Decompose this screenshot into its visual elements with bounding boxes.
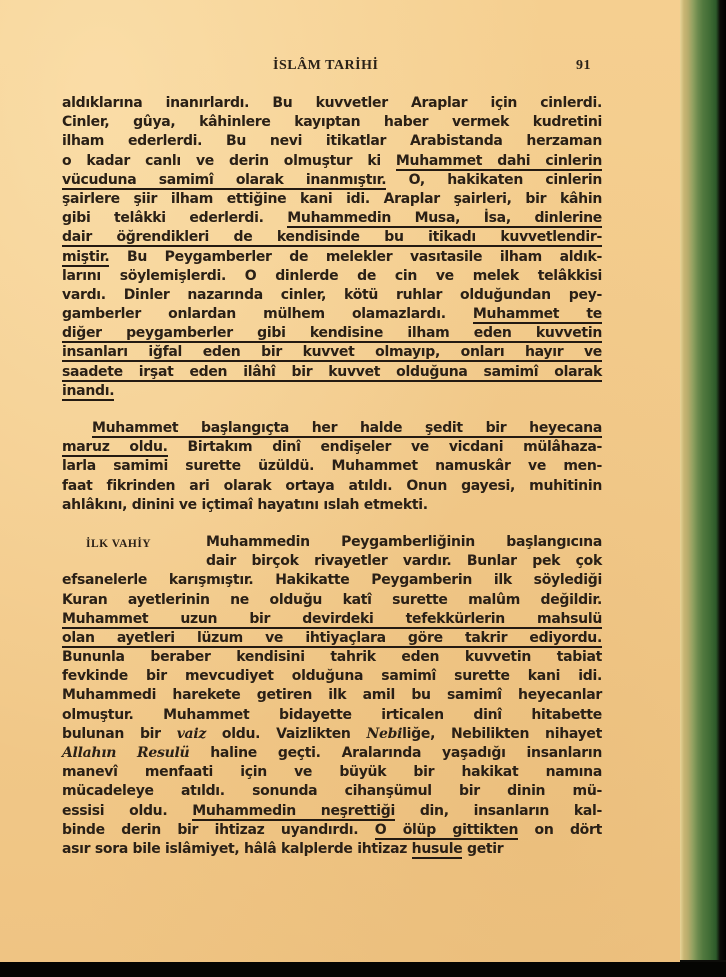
- section-ilk-vahiy: İLK VAHİY Muhammedin Peygamberliğinin ba…: [62, 533, 602, 859]
- text-line: insanları iğfal eden bir kuvvet olmayıp,…: [62, 343, 602, 362]
- text-line: maruz oldu. Birtakım dinî endişeler ve v…: [62, 438, 602, 457]
- page-header: İSLÂM TARİHİ 91: [0, 58, 680, 78]
- text-segment: ilham ederlerdi. Bu nevi itikatlar Arabi…: [62, 133, 602, 149]
- text-segment: liğe, Nebilikten nihayet: [402, 726, 602, 742]
- text-line: manevî menfaati için ve büyük bir hakika…: [62, 763, 602, 782]
- text-segment: oldu. Vaizlikten: [206, 726, 367, 742]
- text-line: aldıklarına inanırlardı. Bu kuvvetler Ar…: [62, 94, 602, 113]
- text-segment: şairlere şiir ilham ettiğine kani idi. A…: [62, 191, 602, 207]
- text-line: binde derin bir ihtizaz uyandırdı. O ölü…: [62, 821, 602, 840]
- underlined-text: insanları iğfal eden bir kuvvet olmayıp,…: [62, 344, 602, 362]
- text-line: gibi telâkki ederlerdi. Muhammedin Musa,…: [62, 209, 602, 228]
- underlined-text: Muhammet te: [473, 306, 602, 324]
- text-segment: ahlâkını, dinini ve içtimaî hayatını ısl…: [62, 497, 428, 513]
- text-segment: manevî menfaati için ve büyük bir hakika…: [62, 764, 602, 780]
- text-segment: din, insanların kal-: [395, 803, 602, 819]
- text-line: Bununla beraber kendisini tahrik eden ku…: [62, 648, 602, 667]
- text-segment: on dört: [518, 822, 602, 838]
- section-heading: İLK VAHİY: [86, 538, 151, 550]
- text-segment: Bu Peygamberler de melekler vasıtasile i…: [109, 249, 602, 265]
- text-line: ilham ederlerdi. Bu nevi itikatlar Arabi…: [62, 132, 602, 151]
- page-number: 91: [576, 58, 591, 74]
- underlined-text: Muhammet uzun bir devirdeki tefekkürleri…: [62, 611, 602, 629]
- text-line: diğer peygamberler gibi kendisine ilham …: [62, 324, 602, 343]
- text-line: bulunan bir vaiz oldu. Vaizlikten Nebili…: [62, 725, 602, 744]
- text-segment: gibi telâkki ederlerdi.: [62, 210, 287, 226]
- text-segment: gamberler onlardan mülhem olamazlardı.: [62, 306, 473, 322]
- text-segment: O, hakikaten cinlerin: [386, 172, 602, 188]
- underlined-text: inandı.: [62, 383, 114, 401]
- text-segment: efsanelerle karışmıştır. Hakikatte Peyga…: [62, 572, 602, 588]
- text-segment: Muhammedin Peygamberliğinin başlangıcına: [206, 534, 602, 550]
- text-segment: Bununla beraber kendisini tahrik eden ku…: [62, 649, 602, 665]
- page-edge-shadow: [0, 962, 726, 977]
- underlined-text: husule: [412, 841, 463, 859]
- text-segment: dair birçok rivayetler vardır. Bunlar pe…: [206, 553, 602, 569]
- text-line: olan ayetleri lüzum ve ihtiyaçlara göre …: [62, 629, 602, 648]
- text-line: inandı.: [62, 382, 602, 401]
- text-line: gamberler onlardan mülhem olamazlardı. M…: [62, 305, 602, 324]
- text-segment: Cinler, gûya, kâhinlere kayıptan haber v…: [62, 114, 602, 130]
- text-line: ahlâkını, dinini ve içtimaî hayatını ısl…: [62, 496, 602, 515]
- text-segment: asır sora bile islâmiyet, hâlâ kalplerde…: [62, 841, 412, 857]
- text-segment: Kuran ayetlerinin ne olduğu katî surette…: [62, 592, 602, 608]
- paragraph-1: aldıklarına inanırlardı. Bu kuvvetler Ar…: [62, 94, 602, 401]
- italic-text: vaiz: [177, 726, 206, 742]
- text-line: vardı. Dinler nazarında cinler, kötü ruh…: [62, 286, 602, 305]
- text-line: saadete irşat eden ilâhî bir kuvvet oldu…: [62, 363, 602, 382]
- italic-text: Nebi: [367, 726, 403, 742]
- text-line: olmuştur. Muhammet bidayette irticalen d…: [62, 706, 602, 725]
- underlined-text: O ölüp gittikten: [375, 822, 518, 840]
- text-line: Muhammet başlangıçta her halde şedit bir…: [62, 419, 602, 438]
- text-segment: Muhammedi harekete getiren ilk amil bu s…: [62, 687, 602, 703]
- text-segment: bulunan bir: [62, 726, 177, 742]
- text-segment: essisi oldu.: [62, 803, 192, 819]
- underlined-text: vücuduna samimî olarak inanmıştır.: [62, 172, 386, 190]
- text-line: o kadar canlı ve derin olmuştur ki Muham…: [62, 152, 602, 171]
- underlined-text: diğer peygamberler gibi kendisine ilham …: [62, 325, 602, 343]
- body-text: aldıklarına inanırlardı. Bu kuvvetler Ar…: [62, 94, 602, 859]
- text-segment: larını söylemişlerdi. O dinlerde de cin …: [62, 268, 602, 284]
- text-line: Cinler, gûya, kâhinlere kayıptan haber v…: [62, 113, 602, 132]
- text-segment: getir: [462, 841, 503, 857]
- underlined-text: Muhammet dahi cinlerin: [396, 153, 602, 171]
- book-page: İSLÂM TARİHİ 91 aldıklarına inanırlardı.…: [0, 0, 680, 965]
- text-segment: larla samimi surette üzüldü. Muhammet na…: [62, 458, 602, 474]
- text-segment: fevkinde bir mevcudiyet olduğuna samimî …: [62, 668, 602, 684]
- text-segment: mücadeleye atıldı. sonunda cihanşümul bi…: [62, 783, 602, 799]
- text-line: Muhammet uzun bir devirdeki tefekkürleri…: [62, 610, 602, 629]
- text-segment: binde derin bir ihtizaz uyandırdı.: [62, 822, 375, 838]
- text-line: Kuran ayetlerinin ne olduğu katî surette…: [62, 591, 602, 610]
- italic-text: Allahın Resulü: [62, 745, 189, 761]
- underlined-text: dair öğrendikleri de kendisinde bu itika…: [62, 229, 602, 247]
- text-line: fevkinde bir mevcudiyet olduğuna samimî …: [62, 667, 602, 686]
- underlined-text: Muhammet başlangıçta her halde şedit bir…: [92, 420, 602, 438]
- text-line: dair birçok rivayetler vardır. Bunlar pe…: [62, 552, 602, 571]
- text-line: dair öğrendikleri de kendisinde bu itika…: [62, 228, 602, 247]
- underlined-text: olan ayetleri lüzum ve ihtiyaçlara göre …: [62, 630, 602, 648]
- running-title: İSLÂM TARİHİ: [273, 58, 378, 74]
- text-line: Muhammedi harekete getiren ilk amil bu s…: [62, 686, 602, 705]
- text-line: vücuduna samimî olarak inanmıştır. O, ha…: [62, 171, 602, 190]
- text-line: faat fikrinden ari olarak ortaya atıldı.…: [62, 477, 602, 496]
- paragraph-3: efsanelerle karışmıştır. Hakikatte Peyga…: [62, 571, 602, 859]
- text-line: efsanelerle karışmıştır. Hakikatte Peyga…: [62, 571, 602, 590]
- text-line: Allahın Resulü haline geçti. Aralarında …: [62, 744, 602, 763]
- text-segment: o kadar canlı ve derin olmuştur ki: [62, 153, 396, 169]
- underlined-text: Muhammedin neşrettiği: [192, 803, 395, 821]
- underlined-text: Muhammedin Musa, İsa, dinlerine: [287, 210, 602, 228]
- underlined-text: miştir.: [62, 249, 109, 267]
- text-segment: haline geçti. Aralarında yaşadığı insanl…: [189, 745, 602, 761]
- underlined-text: saadete irşat eden ilâhî bir kuvvet oldu…: [62, 364, 602, 382]
- text-segment: olmuştur. Muhammet bidayette irticalen d…: [62, 707, 602, 723]
- text-line: essisi oldu. Muhammedin neşrettiği din, …: [62, 802, 602, 821]
- text-line: larını söylemişlerdi. O dinlerde de cin …: [62, 267, 602, 286]
- text-line: mücadeleye atıldı. sonunda cihanşümul bi…: [62, 782, 602, 801]
- text-line: şairlere şiir ilham ettiğine kani idi. A…: [62, 190, 602, 209]
- text-line: larla samimi surette üzüldü. Muhammet na…: [62, 457, 602, 476]
- text-segment: faat fikrinden ari olarak ortaya atıldı.…: [62, 478, 602, 494]
- text-segment: Birtakım dinî endişeler ve vicdani mülâh…: [168, 439, 602, 455]
- text-line: asır sora bile islâmiyet, hâlâ kalplerde…: [62, 840, 602, 859]
- underlined-text: maruz oldu.: [62, 439, 168, 457]
- paragraph-2: Muhammet başlangıçta her halde şedit bir…: [62, 419, 602, 515]
- book-binding-spine: [680, 0, 726, 960]
- text-line: miştir. Bu Peygamberler de melekler vası…: [62, 248, 602, 267]
- text-segment: vardı. Dinler nazarında cinler, kötü ruh…: [62, 287, 602, 303]
- text-segment: aldıklarına inanırlardı. Bu kuvvetler Ar…: [62, 95, 602, 111]
